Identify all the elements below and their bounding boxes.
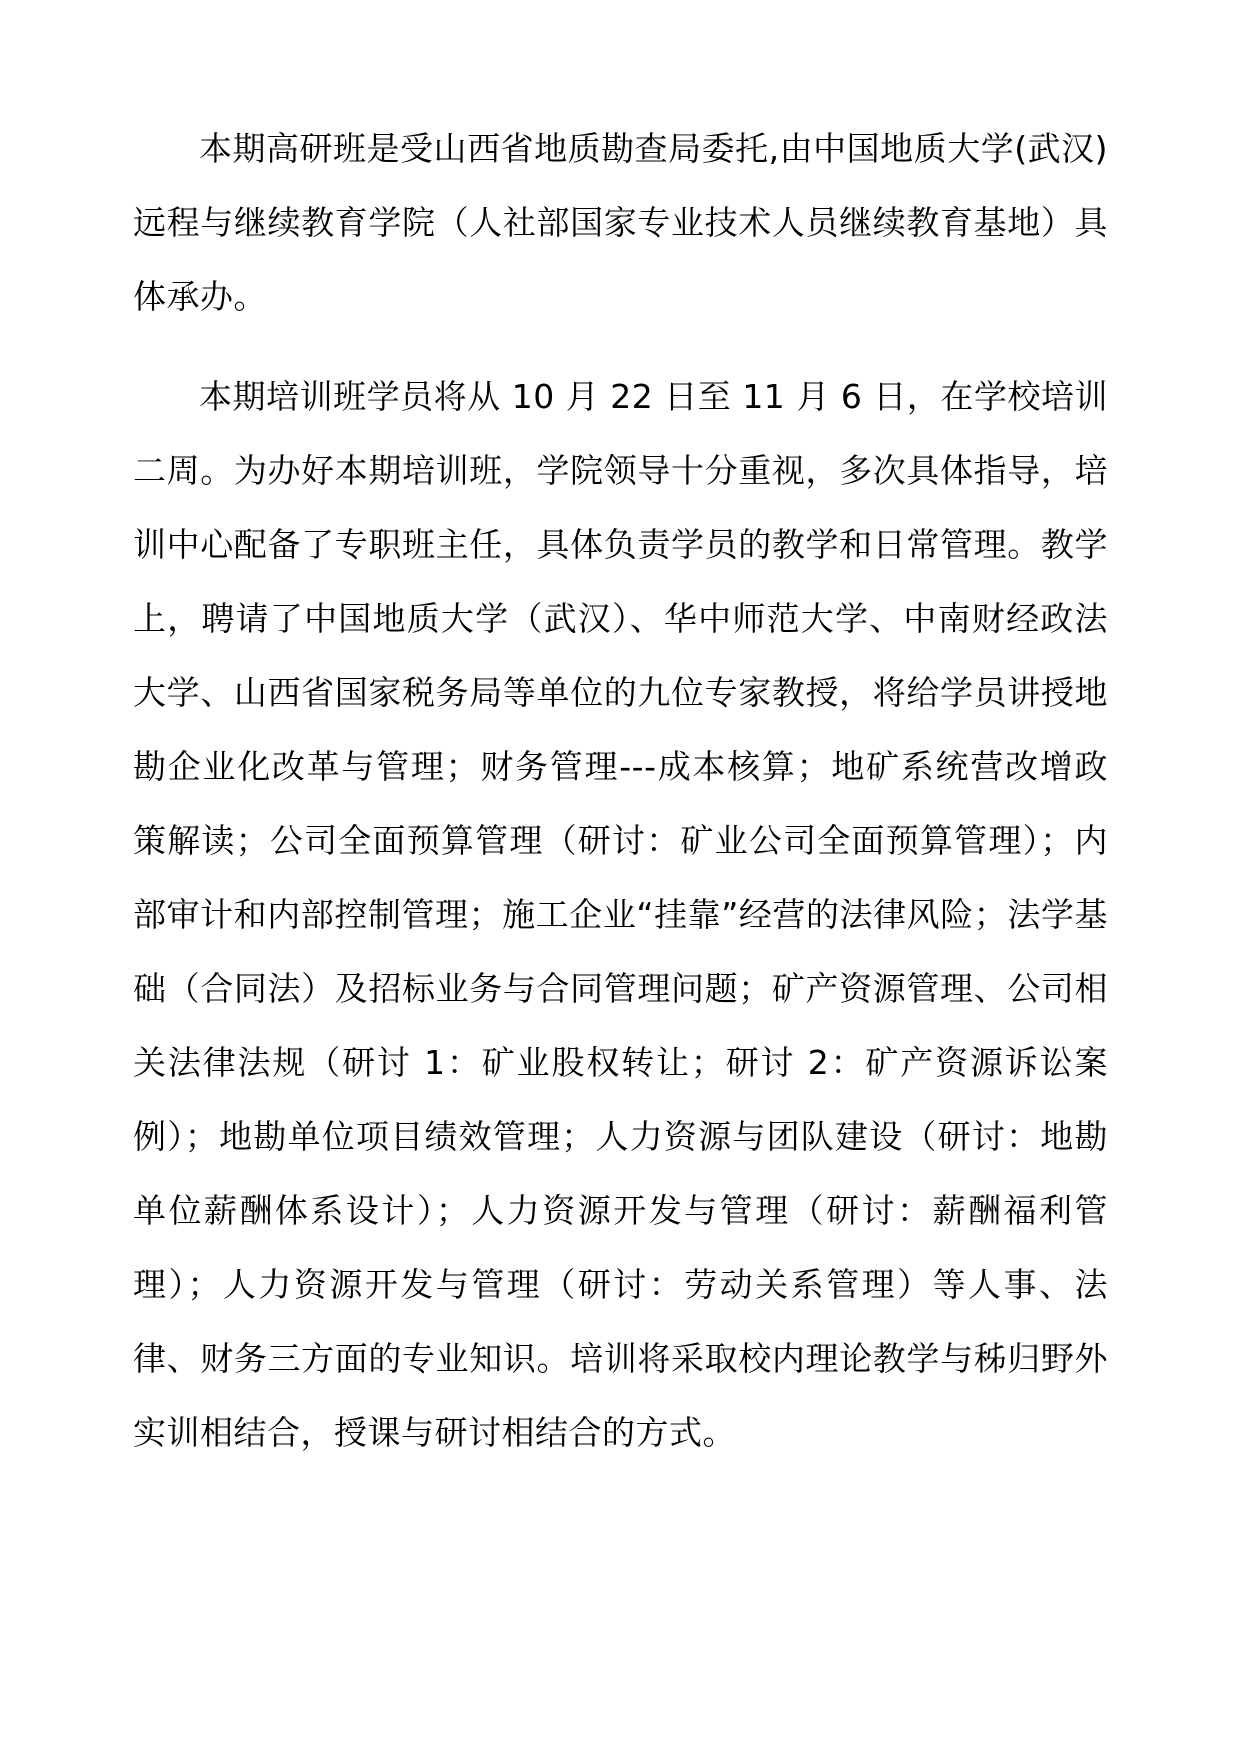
document-body: 本期高研班是受山西省地质勘查局委托,由中国地质大学(武汉) 远程与继续教育学院（… xyxy=(0,0,1240,1470)
paragraph-training-details: 本期培训班学员将从 10 月 22 日至 11 月 6 日，在学校培训二周。为办… xyxy=(133,360,1108,1470)
document-page: 本期高研班是受山西省地质勘查局委托,由中国地质大学(武汉) 远程与继续教育学院（… xyxy=(0,0,1240,1754)
paragraph-organizer: 本期高研班是受山西省地质勘查局委托,由中国地质大学(武汉) 远程与继续教育学院（… xyxy=(133,112,1108,334)
